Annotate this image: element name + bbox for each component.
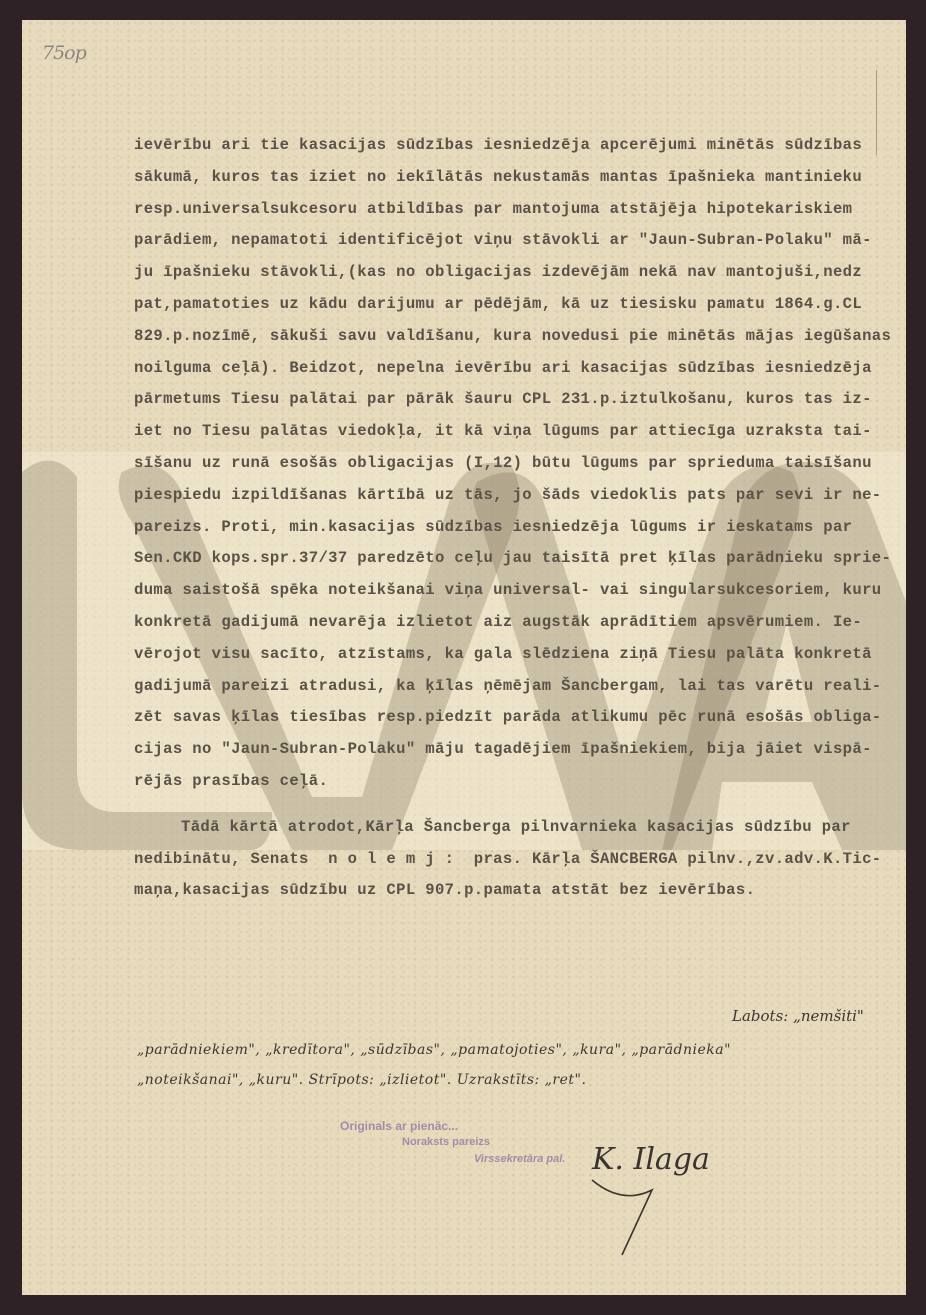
handwritten-correction-note: Labots: „nemšiti": [732, 1007, 864, 1025]
body-line: sīšanu uz runā esošās obligacijas (I,12)…: [134, 448, 894, 480]
stamp-line: Noraksts pareizs: [402, 1136, 490, 1148]
body-line: sākumā, kuros tas iziet no iekīlātās nek…: [134, 162, 894, 194]
body-line: noilguma ceļā). Beidzot, nepelna ievērīb…: [134, 353, 894, 385]
body-line: pat,pamatoties uz kādu darijumu ar pēdēj…: [134, 289, 894, 321]
signature-flourish-icon: [582, 1150, 662, 1260]
body-line: Sen.CKD kops.spr.37/37 paredzēto ceļu ja…: [134, 543, 894, 575]
document-page: 75op ievērību ari tie kasacijas sūdzības…: [22, 20, 906, 1295]
body-line: zēt savas ķīlas tiesības resp.piedzīt pa…: [134, 702, 894, 734]
typed-body: ievērību ari tie kasacijas sūdzības iesn…: [134, 130, 894, 907]
decision-line: maņa,kasacijas sūdzību uz CPL 907.p.pama…: [134, 875, 894, 907]
body-line: vērojot visu sacīto, atzīstams, ka gala …: [134, 639, 894, 671]
body-line: konkretā gadijumā nevarēja izlietot aiz …: [134, 607, 894, 639]
body-line: pārmetums Tiesu palātai par pārāk šauru …: [134, 384, 894, 416]
body-line: piespiedu izpildīšanas kārtībā uz tās, j…: [134, 480, 894, 512]
body-line: ievērību ari tie kasacijas sūdzības iesn…: [134, 130, 894, 162]
archive-page-number: 75op: [42, 42, 86, 64]
body-line: parādiem, nepamatoti identificējot viņu …: [134, 225, 894, 257]
handwritten-correction-note: „noteikšanai", „kuru". Strīpots: „izliet…: [137, 1072, 586, 1088]
stamp-line: Originals ar pienāc...: [340, 1119, 458, 1133]
body-line: ju īpašnieku stāvokli,(kas no obligacija…: [134, 257, 894, 289]
decision-line: nedibinātu, Senats n o l e m j : pras. K…: [134, 844, 894, 876]
body-line: 829.p.nozīmē, sākuši savu valdīšanu, kur…: [134, 321, 894, 353]
body-line: gadijumā pareizi atradusi, ka ķīlas ņēmē…: [134, 671, 894, 703]
stamp-line: Virssekretāra pal.: [474, 1153, 565, 1165]
body-line: cijas no "Jaun-Subran-Polaku" māju tagad…: [134, 734, 894, 766]
body-line: resp.universalsukcesoru atbildības par m…: [134, 194, 894, 226]
body-line: rējās prasības ceļā.: [134, 766, 894, 798]
body-line: iet no Tiesu palātas viedokļa, it kā viņ…: [134, 416, 894, 448]
decision-line: Tādā kārtā atrodot,Kārļa Šancberga pilnv…: [134, 812, 894, 844]
body-line: duma saistošā spēka noteikšanai viņa uni…: [134, 575, 894, 607]
handwritten-correction-note: „parādniekiem", „kredītora", „sūdzības",…: [137, 1042, 731, 1058]
body-line: pareizs. Proti, min.kasacijas sūdzības i…: [134, 512, 894, 544]
